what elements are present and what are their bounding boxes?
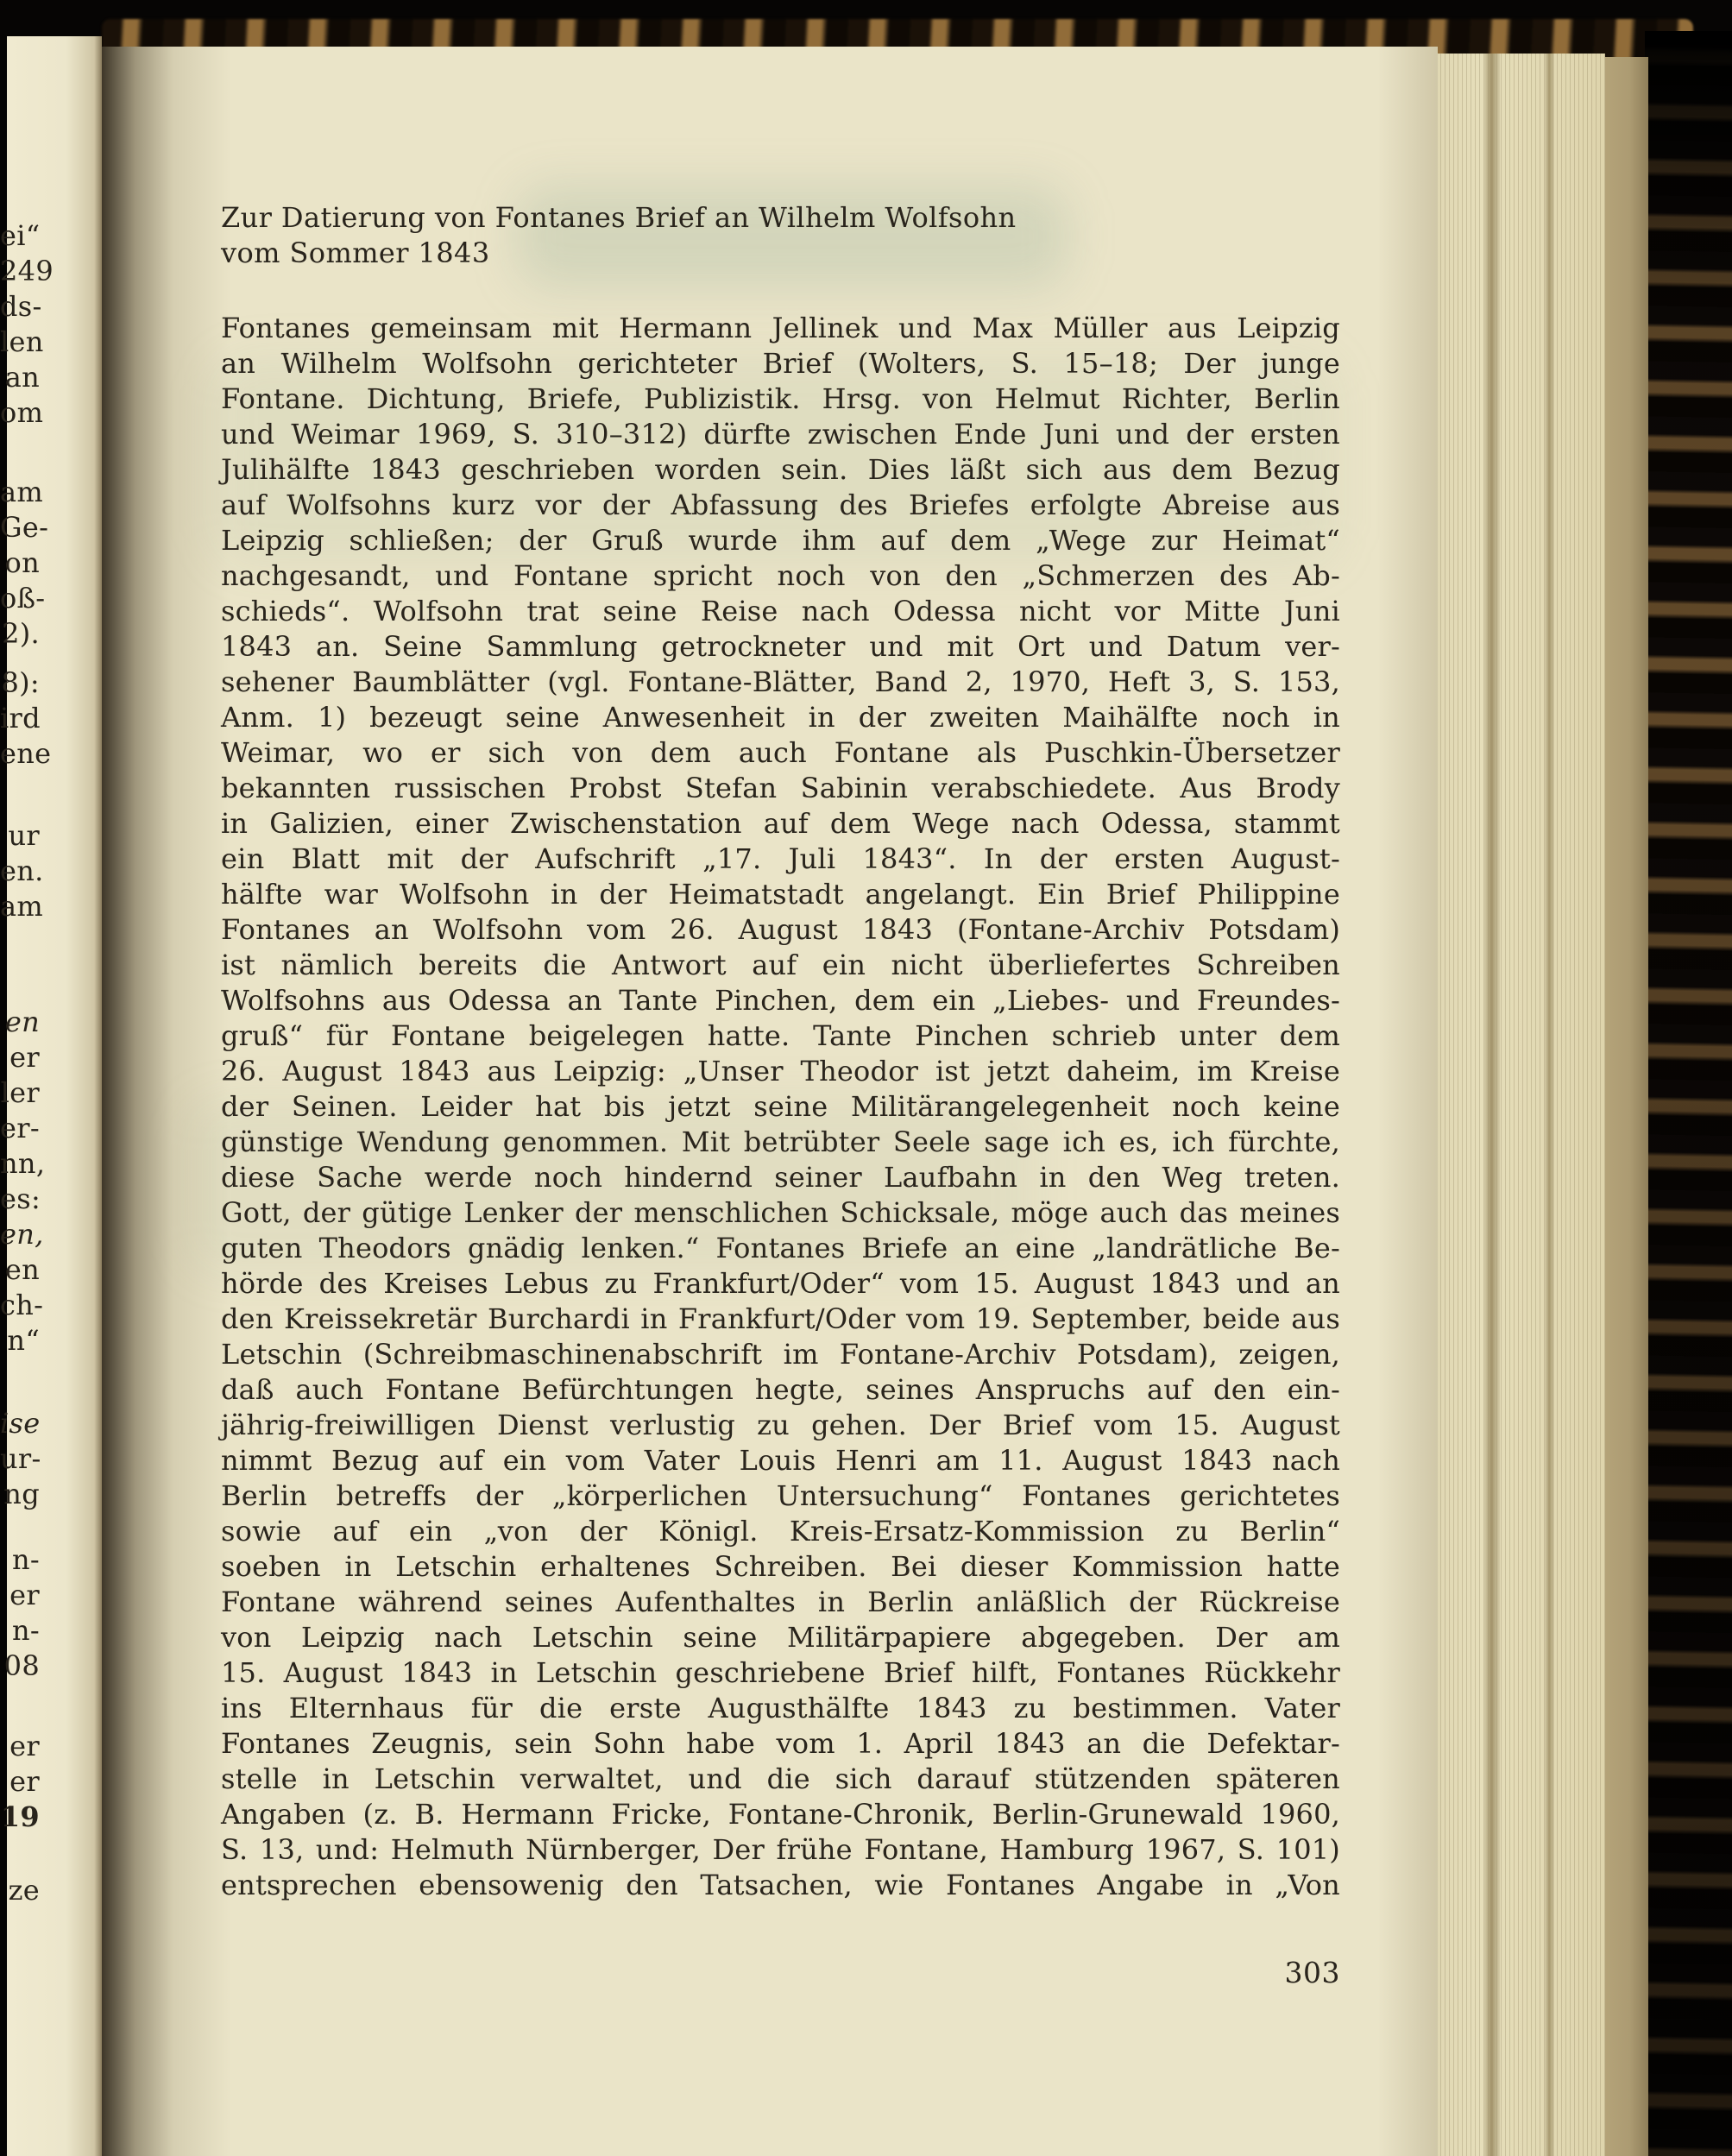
left-page-fragment-line: n“ — [0, 1323, 40, 1359]
left-page-fragment-line: ds- — [0, 289, 40, 325]
body-text-line: Fontane. Dichtung, Briefe, Publizistik. … — [221, 381, 1340, 417]
left-page-fragment-line: ler — [0, 1075, 40, 1111]
left-page-fragment-line: 8): — [0, 665, 40, 701]
body-text-line: nimmt Bezug auf ein vom Vater Louis Henr… — [221, 1443, 1340, 1478]
left-page-fragment-line: en, — [0, 1217, 40, 1252]
book-page: Zur Datierung von Fontanes Brief an Wilh… — [102, 47, 1438, 2156]
left-page-fragment-line: om — [0, 395, 40, 431]
body-text-line: sehener Baumblätter (vgl. Fontane-Blätte… — [221, 665, 1340, 700]
body-text-line: 26. August 1843 aus Leipzig: „Unser Theo… — [221, 1054, 1340, 1089]
body-text-line: hörde des Kreises Lebus zu Frankfurt/Ode… — [221, 1266, 1340, 1302]
body-text-line: Anm. 1) bezeugt seine Anwesenheit in der… — [221, 700, 1340, 735]
left-page-fragment-line: n- — [0, 1542, 40, 1578]
left-page-fragment-line: 249 — [0, 254, 40, 289]
left-page-fragment-line: ze — [0, 1873, 40, 1908]
body-text-line: soeben in Letschin erhaltenes Schreiben.… — [221, 1549, 1340, 1585]
left-page-fragment-line: Ge- — [0, 510, 40, 545]
left-page-fragment-line: en — [0, 1252, 40, 1288]
left-page-fragment-line: 08 — [0, 1649, 40, 1684]
left-page-fragment-line: 19 — [0, 1800, 40, 1835]
left-page-fragment-line: en. — [0, 854, 40, 889]
page-right-edge-shade — [1377, 47, 1438, 2156]
body-text-line: Fontane während seines Aufenthaltes in B… — [221, 1585, 1340, 1620]
body-text-line: Angaben (z. B. Hermann Fricke, Fontane-C… — [221, 1797, 1340, 1832]
left-page-fragment-line: nn, — [0, 1146, 40, 1182]
left-page-fragment-line: ise — [0, 1406, 40, 1441]
left-page-fragment-line: 2). — [0, 616, 40, 652]
book-photo: { "book_page": { "heading": { "line1": "… — [0, 0, 1732, 2156]
book-cover-marbled-edge — [1645, 31, 1732, 2156]
body-text-line: Fontanes gemeinsam mit Hermann Jellinek … — [221, 311, 1340, 346]
left-page-fragment-line: ur — [0, 818, 40, 854]
left-page-fragment-line: n- — [0, 1613, 40, 1649]
body-text-line: Letschin (Schreibmaschinenabschrift im F… — [221, 1337, 1340, 1372]
body-text-line: den Kreissekretär Burchardi in Frankfurt… — [221, 1302, 1340, 1337]
left-page-fragment-line: ei“ — [0, 218, 40, 254]
body-text-line: guten Theodors gnädig lenken.“ Fontanes … — [221, 1231, 1340, 1266]
body-text-line: ins Elternhaus für die erste Augusthälft… — [221, 1691, 1340, 1726]
body-text-line: günstige Wendung genommen. Mit betrübter… — [221, 1125, 1340, 1160]
article-heading: Zur Datierung von Fontanes Brief an Wilh… — [221, 200, 1340, 271]
body-text-line: Wolfsohns aus Odessa an Tante Pinchen, d… — [221, 983, 1340, 1018]
body-text-line: der Seinen. Leider hat bis jetzt seine M… — [221, 1089, 1340, 1125]
body-text-line: ein Blatt mit der Aufschrift „17. Juli 1… — [221, 842, 1340, 877]
body-text-line: 1843 an. Seine Sammlung getrockneter und… — [221, 629, 1340, 665]
left-page-fragment-line: er- — [0, 1111, 40, 1146]
left-page-fragment-line: on — [0, 545, 40, 581]
page-stack-groove — [1545, 54, 1554, 2156]
body-text-line: Weimar, wo er sich von dem auch Fontane … — [221, 735, 1340, 771]
body-text-line: Leipzig schließen; der Gruß wurde ihm au… — [221, 523, 1340, 558]
page-fore-edge-stack — [1424, 54, 1605, 2156]
left-page-fragment-line: oß- — [0, 581, 40, 616]
left-page-fragment-line: er — [0, 1729, 40, 1764]
body-text-line: entsprechen ebensowenig den Tatsachen, w… — [221, 1868, 1340, 1903]
left-page-fragment-line: ch- — [0, 1288, 40, 1323]
article-heading-line2: vom Sommer 1843 — [221, 236, 1340, 271]
body-text-line: schieds“. Wolfsohn trat seine Reise nach… — [221, 594, 1340, 629]
article-heading-line1: Zur Datierung von Fontanes Brief an Wilh… — [221, 200, 1340, 236]
body-text-line: Fontanes Zeugnis, sein Sohn habe vom 1. … — [221, 1726, 1340, 1762]
left-page-fragment-line: am — [0, 889, 40, 924]
left-page-fragment-line: an — [0, 360, 40, 395]
left-page-fragment-line: er — [0, 1764, 40, 1800]
body-text-line: gruß“ für Fontane beigelegen hatte. Tant… — [221, 1018, 1340, 1054]
page-stack-groove — [1484, 54, 1500, 2156]
left-page-fragment-line: er — [0, 1040, 40, 1075]
body-text-line: in Galizien, einer Zwischenstation auf d… — [221, 806, 1340, 842]
body-text-line: von Leipzig nach Letschin seine Militärp… — [221, 1620, 1340, 1655]
body-text-line: jährig-freiwilligen Dienst verlustig zu … — [221, 1408, 1340, 1443]
left-page-fragment-line: er — [0, 1578, 40, 1613]
body-text-line: S. 13, und: Helmuth Nürnberger, Der früh… — [221, 1832, 1340, 1868]
body-text-line: Fontanes an Wolfsohn vom 26. August 1843… — [221, 912, 1340, 948]
body-text-line: daß auch Fontane Befürchtungen hegte, se… — [221, 1372, 1340, 1408]
left-page-fragment-line: ird — [0, 701, 40, 736]
article-body: Fontanes gemeinsam mit Hermann Jellinek … — [221, 311, 1340, 1903]
gutter-shadow — [102, 47, 231, 2156]
left-page-fragment-line: ur- — [0, 1441, 40, 1477]
left-page-fragment-line: es: — [0, 1182, 40, 1217]
left-page-text-fragments: ei“249ds-lenanomamGe-onoß-2).8):irdeneur… — [0, 218, 40, 1908]
body-text-line: und Weimar 1969, S. 310–312) dürfte zwis… — [221, 417, 1340, 452]
left-page-fragment-line: en — [0, 1005, 40, 1040]
body-text-line: nachgesandt, und Fontane spricht noch vo… — [221, 558, 1340, 594]
left-page-fragment-line: ng — [0, 1477, 40, 1512]
body-text-line: sowie auf ein „von der Königl. Kreis-Ers… — [221, 1514, 1340, 1549]
body-text-line: hälfte war Wolfsohn in der Heimatstadt a… — [221, 877, 1340, 912]
left-page-fragment-line: ene — [0, 736, 40, 772]
body-text-line: Julihälfte 1843 geschrieben worden sein.… — [221, 452, 1340, 488]
body-text-line: an Wilhelm Wolfsohn gerichteter Brief (W… — [221, 346, 1340, 381]
body-text-line: diese Sache werde noch hindernd seiner L… — [221, 1160, 1340, 1195]
body-text-line: Gott, der gütige Lenker der menschlichen… — [221, 1195, 1340, 1231]
body-text-line: bekannten russischen Probst Stefan Sabin… — [221, 771, 1340, 806]
left-page-fragment-line: len — [0, 325, 40, 360]
left-page-fragment-line: am — [0, 475, 40, 510]
book-cover-board-edge — [1602, 57, 1648, 2156]
body-text-line: ist nämlich bereits die Antwort auf ein … — [221, 948, 1340, 983]
body-text-line: 15. August 1843 in Letschin geschriebene… — [221, 1655, 1340, 1691]
body-text-line: auf Wolfsohns kurz vor der Abfassung des… — [221, 488, 1340, 523]
page-number: 303 — [221, 1956, 1340, 1989]
body-text-line: stelle in Letschin verwaltet, und die si… — [221, 1762, 1340, 1797]
body-text-line: Berlin betreffs der „körperlichen Unters… — [221, 1478, 1340, 1514]
